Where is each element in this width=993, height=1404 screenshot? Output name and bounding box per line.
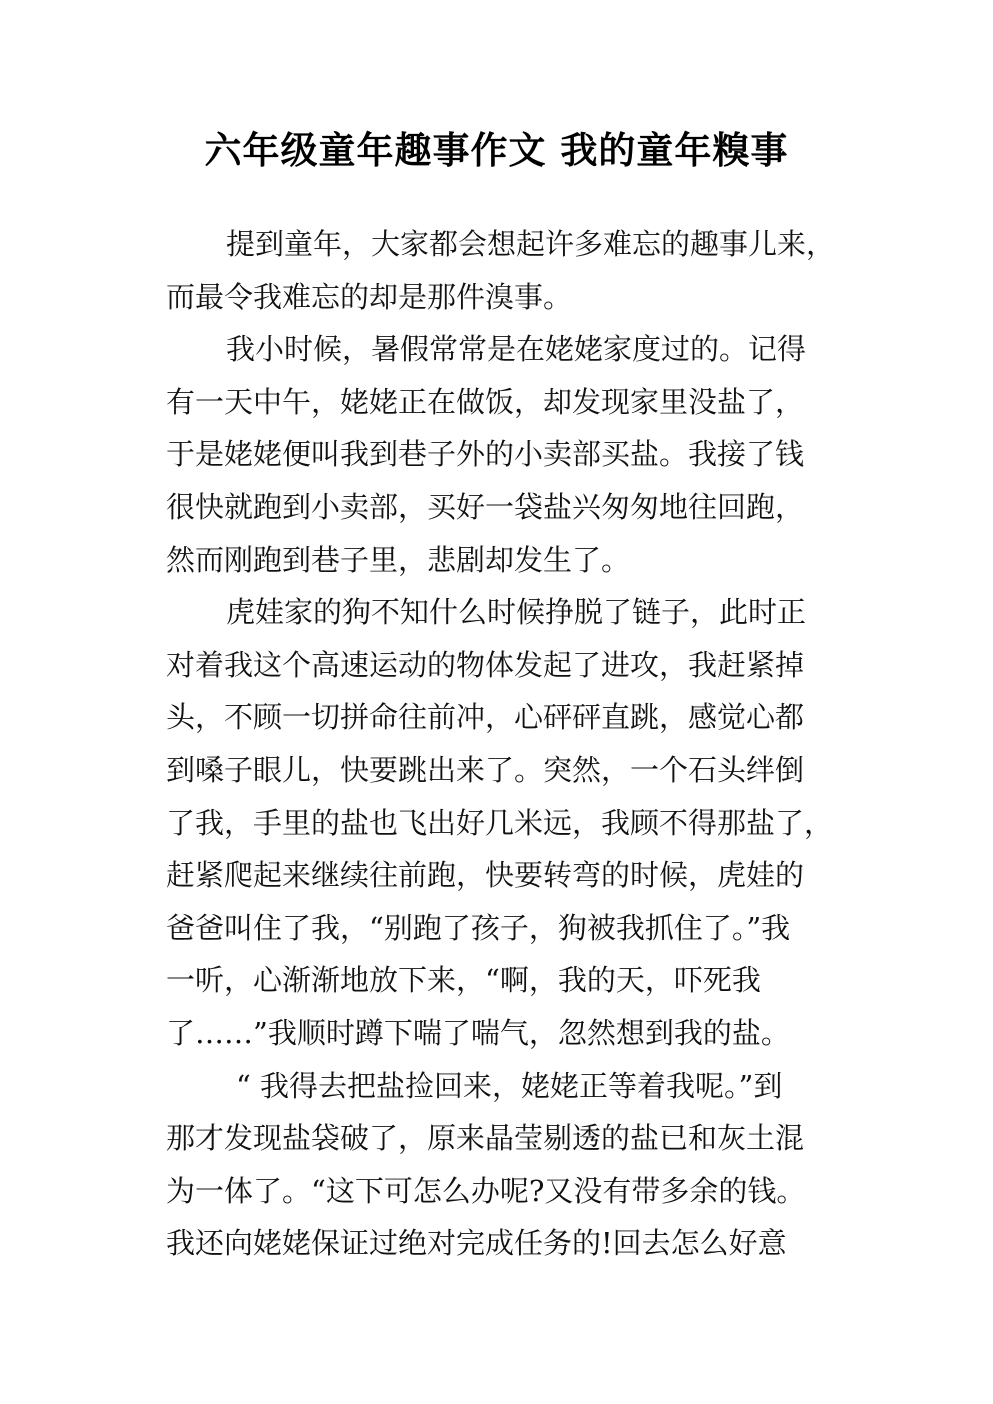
document-title: 六年级童年趣事作文 我的童年糗事 <box>0 126 993 176</box>
text-line: 为一体了。“这下可怎么办呢?又没有带多余的钱。 <box>166 1165 846 1218</box>
text-line: 了我，手里的盐也飞出好几米远，我顾不得那盐了， <box>166 797 846 850</box>
text-line: 有一天中午，姥姥正在做饭，却发现家里没盐了， <box>166 376 846 429</box>
text-line: 然而刚跑到巷子里，悲剧却发生了。 <box>166 534 846 587</box>
text-line: 那才发现盐袋破了，原来晶莹剔透的盐已和灰土混 <box>166 1112 846 1165</box>
text-line: 于是姥姥便叫我到巷子外的小卖部买盐。我接了钱 <box>166 428 846 481</box>
text-line: 而最令我难忘的却是那件溴事。 <box>166 271 846 324</box>
text-line: “ 我得去把盐捡回来，姥姥正等着我呢。”到 <box>166 1060 846 1113</box>
text-line: 了……”我顺时蹲下喘了喘气，忽然想到我的盐。 <box>166 1007 846 1060</box>
paragraph-3: 虎娃家的狗不知什么时候挣脱了链子，此时正 对着我这个高速运动的物体发起了进攻，我… <box>166 586 846 1059</box>
text-line: 我还向姥姥保证过绝对完成任务的!回去怎么好意 <box>166 1217 846 1270</box>
text-line: 我小时候，暑假常常是在姥姥家度过的。记得 <box>166 323 846 376</box>
text-line: 头，不顾一切拼命往前冲，心砰砰直跳，感觉心都 <box>166 691 846 744</box>
document-body: 提到童年，大家都会想起许多难忘的趣事儿来， 而最令我难忘的却是那件溴事。 我小时… <box>166 218 846 1270</box>
text-line: 爸爸叫住了我，“别跑了孩子，狗被我抓住了。”我 <box>166 902 846 955</box>
text-line: 赶紧爬起来继续往前跑，快要转弯的时候，虎娃的 <box>166 849 846 902</box>
paragraph-4: “ 我得去把盐捡回来，姥姥正等着我呢。”到 那才发现盐袋破了，原来晶莹剔透的盐已… <box>166 1060 846 1270</box>
paragraph-2: 我小时候，暑假常常是在姥姥家度过的。记得 有一天中午，姥姥正在做饭，却发现家里没… <box>166 323 846 586</box>
text-line: 一听，心渐渐地放下来，“啊，我的天，吓死我 <box>166 954 846 1007</box>
text-line: 提到童年，大家都会想起许多难忘的趣事儿来， <box>166 218 846 271</box>
paragraph-1: 提到童年，大家都会想起许多难忘的趣事儿来， 而最令我难忘的却是那件溴事。 <box>166 218 846 323</box>
text-line: 虎娃家的狗不知什么时候挣脱了链子，此时正 <box>166 586 846 639</box>
text-line: 对着我这个高速运动的物体发起了进攻，我赶紧掉 <box>166 639 846 692</box>
text-line: 很快就跑到小卖部，买好一袋盐兴匆匆地往回跑， <box>166 481 846 534</box>
document-page: 六年级童年趣事作文 我的童年糗事 提到童年，大家都会想起许多难忘的趣事儿来， 而… <box>0 0 993 1404</box>
text-line: 到嗓子眼儿，快要跳出来了。突然，一个石头绊倒 <box>166 744 846 797</box>
